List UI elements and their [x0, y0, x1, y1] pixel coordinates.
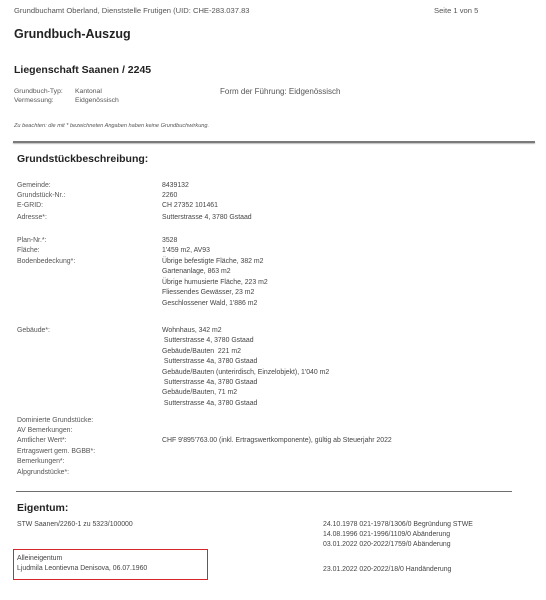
eigentum-entry: 24.10.1978 021-1978/1306/0 Begründung ST… — [323, 520, 473, 530]
field-label: Amtlicher Wert*: — [17, 437, 67, 444]
field-value: Sutterstrasse 4a, 3780 Gstaad — [162, 399, 257, 409]
grundbuch-typ-value: Kantonal — [75, 88, 102, 95]
field-value: Sutterstrasse 4a, 3780 Gstaad — [162, 378, 257, 388]
field-label: E-GRID: — [17, 202, 43, 209]
field-label: Fläche: — [17, 247, 40, 254]
field-value: Übrige humusierte Fläche, 223 m2 — [162, 278, 268, 288]
field-label: Adresse*: — [17, 214, 47, 221]
field-value: CHF 9'895'763.00 (inkl. Ertragswertkompo… — [162, 436, 392, 446]
field-value: Geschlossener Wald, 1'886 m2 — [162, 299, 257, 309]
owner-name: Ljudmila Leontievna Denisova, 06.07.1960 — [17, 565, 147, 572]
field-value: Übrige befestigte Fläche, 382 m2 — [162, 257, 264, 267]
vermessung-label: Vermessung: — [14, 97, 54, 104]
field-value: 3528 — [162, 236, 177, 246]
eigentum-title: Eigentum: — [17, 502, 68, 514]
grundbuch-typ-label: Grundbuch-Typ: — [14, 88, 63, 95]
field-label: Bodenbedeckung*: — [17, 258, 75, 265]
field-value: Gebäude/Bauten (unterirdisch, Einzelobje… — [162, 368, 329, 378]
field-value: Fliessendes Gewässer, 23 m2 — [162, 288, 254, 298]
field-value: Sutterstrasse 4, 3780 Gstaad — [162, 213, 252, 223]
section-divider-thin — [16, 491, 512, 492]
section-divider-thick — [13, 141, 535, 143]
legal-note: Zu beachten: die mit * bezeichneten Anga… — [14, 123, 209, 129]
field-value: Gartenanlage, 863 m2 — [162, 267, 231, 277]
field-label: Plan-Nr.*: — [17, 237, 47, 244]
page-indicator: Seite 1 von 5 — [434, 6, 478, 15]
field-label: Alpgrundstücke*: — [17, 469, 69, 476]
field-label: Gemeinde: — [17, 182, 51, 189]
eigentum-entry: 14.08.1996 021-1996/1109/0 Abänderung — [323, 530, 450, 540]
field-label: Gebäude*: — [17, 327, 50, 334]
field-label: AV Bemerkungen: — [17, 427, 72, 434]
stw-share: STW Saanen/2260-1 zu 5323/100000 — [17, 521, 133, 528]
field-label: Bemerkungen*: — [17, 458, 65, 465]
property-title: Liegenschaft Saanen / 2245 — [14, 64, 151, 76]
field-value: 8439132 — [162, 181, 189, 191]
field-value: 2260 — [162, 191, 177, 201]
beschreibung-title: Grundstückbeschreibung: — [17, 153, 148, 165]
vermessung-value: Eidgenössisch — [75, 97, 119, 104]
field-label: Ertragswert gem. BGBB*: — [17, 448, 95, 455]
office-header: Grundbuchamt Oberland, Dienststelle Frut… — [14, 6, 250, 15]
eigentum-entry: 03.01.2022 020-2022/1759/0 Abänderung — [323, 540, 451, 550]
field-value: Gebäude/Bauten 221 m2 — [162, 347, 241, 357]
field-value: Wohnhaus, 342 m2 — [162, 326, 222, 336]
owner-entry: 23.01.2022 020-2022/18/0 Handänderung — [323, 565, 451, 575]
field-label: Dominierte Grundstücke: — [17, 417, 93, 424]
form-fuehrung: Form der Führung: Eidgenössisch — [220, 87, 341, 96]
field-value: 1'459 m2, AV93 — [162, 246, 210, 256]
field-value: CH 27352 101461 — [162, 201, 218, 211]
document-title: Grundbuch-Auszug — [14, 27, 131, 41]
field-value: Sutterstrasse 4, 3780 Gstaad — [162, 336, 254, 346]
field-value: Gebäude/Bauten, 71 m2 — [162, 388, 237, 398]
owner-type: Alleineigentum — [17, 555, 62, 562]
field-label: Grundstück-Nr.: — [17, 192, 65, 199]
field-value: Sutterstrasse 4a, 3780 Gstaad — [162, 357, 257, 367]
